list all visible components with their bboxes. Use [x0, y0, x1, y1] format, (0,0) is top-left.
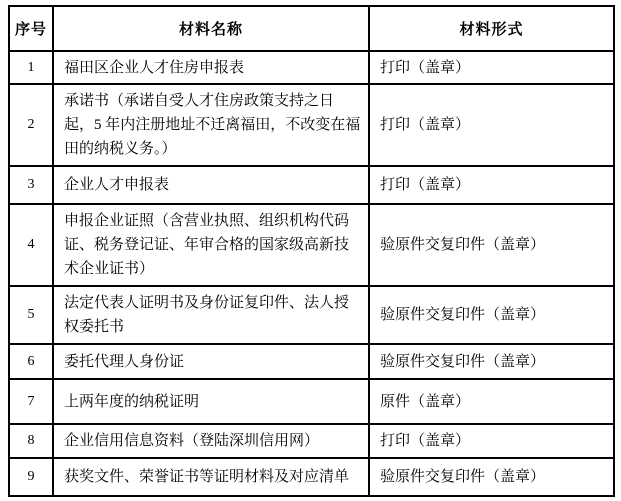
document-page: 序号 材料名称 材料形式 1 福田区企业人才住房申报表 打印（盖章） 2 承诺书… — [0, 0, 621, 501]
table-row: 9 获奖文件、荣誉证书等证明材料及对应清单 验原件交复印件（盖章） — [9, 458, 614, 496]
table-row: 5 法定代表人证明书及身份证复印件、法人授权委托书 验原件交复印件（盖章） — [9, 286, 614, 344]
seq-number-cell: 6 — [9, 344, 53, 379]
material-form-cell: 打印（盖章） — [369, 84, 614, 166]
header-material-form: 材料形式 — [369, 6, 614, 51]
material-name-cell: 福田区企业人才住房申报表 — [53, 51, 369, 84]
seq-number-cell: 7 — [9, 379, 53, 424]
table-row: 6 委托代理人身份证 验原件交复印件（盖章） — [9, 344, 614, 379]
seq-number-cell: 3 — [9, 166, 53, 204]
header-seq-number: 序号 — [9, 6, 53, 51]
material-form-cell: 打印（盖章） — [369, 51, 614, 84]
table-row: 8 企业信用信息资料（登陆深圳信用网） 打印（盖章） — [9, 424, 614, 458]
material-form-cell: 验原件交复印件（盖章） — [369, 458, 614, 496]
material-form-cell: 验原件交复印件（盖章） — [369, 286, 614, 344]
materials-table: 序号 材料名称 材料形式 1 福田区企业人才住房申报表 打印（盖章） 2 承诺书… — [8, 5, 615, 497]
table-row: 3 企业人才申报表 打印（盖章） — [9, 166, 614, 204]
seq-number-cell: 9 — [9, 458, 53, 496]
material-name-cell: 获奖文件、荣誉证书等证明材料及对应清单 — [53, 458, 369, 496]
material-name-cell: 申报企业证照（含营业执照、组织机构代码证、税务登记证、年审合格的国家级高新技术企… — [53, 204, 369, 286]
seq-number-cell: 1 — [9, 51, 53, 84]
material-form-cell: 原件（盖章） — [369, 379, 614, 424]
material-name-cell: 委托代理人身份证 — [53, 344, 369, 379]
material-name-cell: 上两年度的纳税证明 — [53, 379, 369, 424]
material-form-cell: 验原件交复印件（盖章） — [369, 204, 614, 286]
material-name-cell: 承诺书（承诺自受人才住房政策支持之日起，5 年内注册地址不迁离福田，不改变在福田… — [53, 84, 369, 166]
seq-number-cell: 5 — [9, 286, 53, 344]
material-form-cell: 打印（盖章） — [369, 166, 614, 204]
material-form-cell: 验原件交复印件（盖章） — [369, 344, 614, 379]
material-name-cell: 企业信用信息资料（登陆深圳信用网） — [53, 424, 369, 458]
material-name-cell: 企业人才申报表 — [53, 166, 369, 204]
seq-number-cell: 4 — [9, 204, 53, 286]
seq-number-cell: 2 — [9, 84, 53, 166]
table-row: 4 申报企业证照（含营业执照、组织机构代码证、税务登记证、年审合格的国家级高新技… — [9, 204, 614, 286]
table-row: 1 福田区企业人才住房申报表 打印（盖章） — [9, 51, 614, 84]
table-row: 7 上两年度的纳税证明 原件（盖章） — [9, 379, 614, 424]
seq-number-cell: 8 — [9, 424, 53, 458]
header-row: 序号 材料名称 材料形式 — [9, 6, 614, 51]
material-form-cell: 打印（盖章） — [369, 424, 614, 458]
material-name-cell: 法定代表人证明书及身份证复印件、法人授权委托书 — [53, 286, 369, 344]
header-material-name: 材料名称 — [53, 6, 369, 51]
table-row: 2 承诺书（承诺自受人才住房政策支持之日起，5 年内注册地址不迁离福田，不改变在… — [9, 84, 614, 166]
